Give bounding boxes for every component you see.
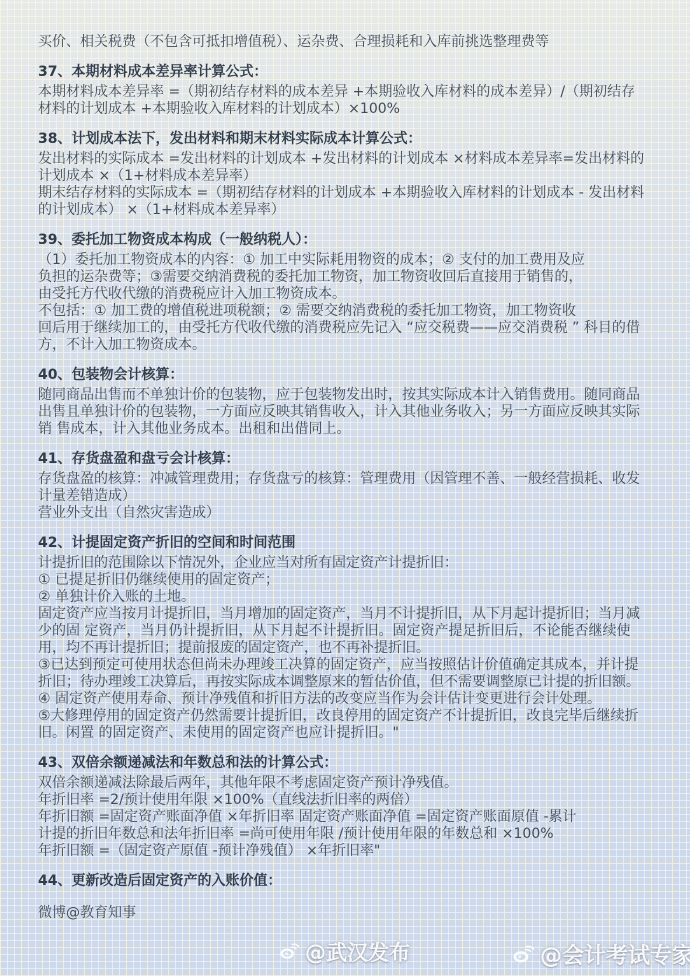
note-section: 44、更新改造后固定资产的入账价值：: [38, 873, 664, 890]
watermark-right: @会计考试专家: [511, 939, 690, 970]
section-line: 方，不计入加工物资成本。: [38, 337, 664, 354]
weibo-icon: [278, 941, 300, 963]
weibo-icon: [511, 943, 535, 967]
section-line: 年折旧额 =（固定资产原值 -预计净残值） ×年折旧率": [38, 843, 664, 860]
section-line: 计量差错造成）: [38, 488, 664, 505]
section-line: ③已达到预定可使用状态但尚未办理竣工决算的固定资产，应当按照估计价值确定其成本，…: [38, 657, 664, 674]
watermark-center-text: @武汉发布: [305, 937, 410, 967]
note-section: 37、本期材料成本差异率计算公式：本期材料成本差异率 =（期初结存材料的成本差异…: [38, 64, 664, 118]
section-line: 材料的计划成本 +本期验收入库材料的计划成本）×100%: [38, 101, 664, 118]
watermark-right-text: @会计考试专家: [540, 939, 690, 970]
notes-content: 买价、相关税费（不包含可抵扣增值税）、运杂费、合理损耗和入库前挑选整理费等 37…: [0, 0, 690, 922]
section-heading: 42、计提固定资产折旧的空间和时间范围: [38, 535, 664, 552]
note-section: 40、包装物会计核算：随同商品出售而不单独计价的包装物，应于包装物发出时，按其实…: [38, 367, 664, 438]
section-heading: 39、委托加工物资成本构成（一般纳税人）：: [38, 232, 664, 249]
watermark-center: @武汉发布: [278, 937, 410, 967]
note-section: 38、计划成本法下，发出材料和期末材料实际成本计算公式：发出材料的实际成本 =发…: [38, 131, 664, 219]
footer-credit: 微博@教育知事: [38, 905, 664, 922]
section-line: 期末结存材料的实际成本 =（期初结存材料的计划成本 +本期验收入库材料的计划成本…: [38, 185, 664, 202]
section-line: 不包括：① 加工费的增值税进项税额；② 需要交纳消费税的委托加工物资，加工物资收: [38, 303, 664, 320]
section-line: 计提的折旧年数总和法年折旧率 =尚可使用年限 /预计使用年限的年数总和 ×100…: [38, 826, 664, 843]
section-line: 计提折旧的范围除以下情况外，企业应当对所有固定资产计提折旧：: [38, 555, 664, 572]
sections-container: 37、本期材料成本差异率计算公式：本期材料成本差异率 =（期初结存材料的成本差异…: [38, 64, 664, 890]
section-line: 少的固 定资产，当月仍计提折旧，从下月起不计提折旧。固定资产提足折旧后，不论能否…: [38, 623, 664, 640]
note-section: 42、计提固定资产折旧的空间和时间范围计提折旧的范围除以下情况外，企业应当对所有…: [38, 535, 664, 742]
section-line: 年折旧率 =2/预计使用年限 ×100%（直线法折旧率的两倍）: [38, 792, 664, 809]
section-line: 计划成本 ×（1+材料成本差异率）: [38, 168, 664, 185]
section-line: 发出材料的实际成本 =发出材料的计划成本 +发出材料的计划成本 ×材料成本差异率…: [38, 151, 664, 168]
section-line: 回后用于继续加工的，由受托方代收代缴的消费税应先记入 “应交税费——应交消费税 …: [38, 320, 664, 337]
section-line: ② 单独计价入账的土地。: [38, 589, 664, 606]
intro-line: 买价、相关税费（不包含可抵扣增值税）、运杂费、合理损耗和入库前挑选整理费等: [38, 34, 664, 51]
section-line: ① 已提足折旧仍继续使用的固定资产；: [38, 572, 664, 589]
note-section: 41、存货盘盈和盘亏会计核算：存货盘盈的核算：冲减管理费用；存货盘亏的核算：管理…: [38, 451, 664, 522]
section-line: ⑤大修理停用的固定资产仍然需要计提折旧，改良停用的固定资产不计提折旧，改良完毕后…: [38, 708, 664, 725]
section-line: 出售且单独计价的包装物，一方面应反映其销售收入，计入其他业务收入；另一方面应反映…: [38, 404, 664, 421]
note-section: 43、双倍余额递减法和年数总和法的计算公式：双倍余额递减法除最后两年，其他年限不…: [38, 755, 664, 860]
section-heading: 37、本期材料成本差异率计算公式：: [38, 64, 664, 81]
section-line: 存货盘盈的核算：冲减管理费用；存货盘亏的核算：管理费用（因管理不善、一般经营损耗…: [38, 471, 664, 488]
section-heading: 41、存货盘盈和盘亏会计核算：: [38, 451, 664, 468]
section-line: 本期材料成本差异率 =（期初结存材料的成本差异 +本期验收入库材料的成本差异）/…: [38, 84, 664, 101]
section-line: 折旧；待办理竣工决算后，再按实际成本调整原来的暂估价值，但不需要调整原已计提的折…: [38, 674, 664, 691]
section-line: 随同商品出售而不单独计价的包装物，应于包装物发出时，按其实际成本计入销售费用。随…: [38, 387, 664, 404]
section-line: 旧。闲置 的固定资产、未使用的固定资产也应计提折旧。": [38, 725, 664, 742]
section-line: ④ 固定资产使用寿命、预计净残值和折旧方法的改变应当作为会计估计变更进行会计处理…: [38, 691, 664, 708]
section-heading: 40、包装物会计核算：: [38, 367, 664, 384]
section-line: 固定资产应当按月计提折旧，当月增加的固定资产，当月不计提折旧，从下月起计提折旧；…: [38, 606, 664, 623]
section-line: 双倍余额递减法除最后两年，其他年限不考虑固定资产预计净残值。: [38, 775, 664, 792]
section-line: 用，均不再计提折旧；提前报废的固定资产，也不再补提折旧。: [38, 640, 664, 657]
section-line: 年折旧额 =固定资产账面净值 ×年折旧率 固定资产账面净值 =固定资产账面原值 …: [38, 809, 664, 826]
note-section: 39、委托加工物资成本构成（一般纳税人）：（1）委托加工物资成本的内容：① 加工…: [38, 232, 664, 354]
section-line: 由受托方代收代缴的消费税应计入加工物资成本。: [38, 286, 664, 303]
section-line: 的计划成本） ×（1+材料成本差异率）: [38, 202, 664, 219]
section-heading: 38、计划成本法下，发出材料和期末材料实际成本计算公式：: [38, 131, 664, 148]
section-heading: 44、更新改造后固定资产的入账价值：: [38, 873, 664, 890]
section-line: 营业外支出（自然灾害造成）: [38, 505, 664, 522]
section-line: 负担的运杂费等；③需要交纳消费税的委托加工物资，加工物资收回后直接用于销售的，: [38, 269, 664, 286]
section-line: （1）委托加工物资成本的内容：① 加工中实际耗用物资的成本；② 支付的加工费用及…: [38, 252, 664, 269]
notes-page: 买价、相关税费（不包含可抵扣增值税）、运杂费、合理损耗和入库前挑选整理费等 37…: [0, 0, 690, 976]
section-line: 销 售成本，计入其他业务成本。出租和出借同上。: [38, 421, 664, 438]
section-heading: 43、双倍余额递减法和年数总和法的计算公式：: [38, 755, 664, 772]
